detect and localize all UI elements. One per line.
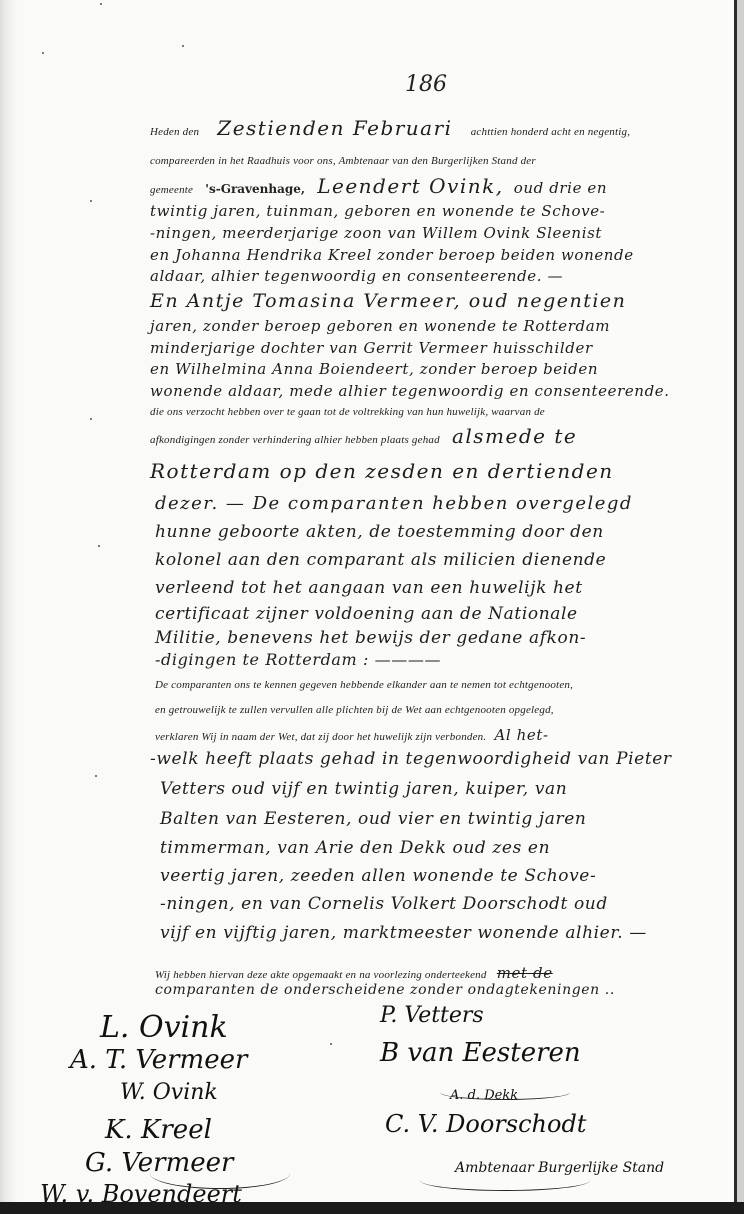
handwritten-text: alsmede te xyxy=(452,424,577,448)
printed-text: Heden den xyxy=(150,126,199,138)
record-line-20: certificaat zijner voldoening aan de Nat… xyxy=(155,606,578,622)
page-margin xyxy=(737,0,744,1214)
printed-text: compareerden in het Raadhuis voor ons, A… xyxy=(150,155,536,167)
municipality-name: 's-Gravenhage, xyxy=(205,182,305,196)
handwritten-date: Zestienden Februari xyxy=(217,116,452,140)
record-line-17: hunne geboorte akten, de toestemming doo… xyxy=(155,524,604,540)
record-line-21: Militie, benevens het bewijs der gedane … xyxy=(155,630,586,646)
record-line-19: verleend tot het aangaan van een huwelij… xyxy=(155,580,583,596)
printed-text: afkondigingen zonder verhindering alhier… xyxy=(150,434,440,446)
document-page: 186 Heden den Zestienden Februari achtti… xyxy=(0,0,734,1202)
bride-line: En Antje Tomasina Vermeer, oud negentien xyxy=(150,293,626,309)
record-line-31: -ningen, en van Cornelis Volkert Doorsch… xyxy=(160,896,608,912)
record-line-32: vijf en vijftig jaren, marktmeester wone… xyxy=(160,925,647,941)
signature-witness-2: B van Eesteren xyxy=(380,1038,581,1068)
record-line-24: en getrouwelijk te zullen vervullen alle… xyxy=(155,702,554,718)
scan-bottom-edge xyxy=(0,1202,744,1214)
record-line-33: Wij hebben hiervan deze akte opgemaakt e… xyxy=(155,965,553,983)
record-line-27: Vetters oud vijf en twintig jaren, kuipe… xyxy=(160,781,567,797)
record-line-30: veertig jaren, zeeden allen wonende te S… xyxy=(160,868,596,884)
record-line-12: wonende aldaar, mede alhier tegenwoordig… xyxy=(150,383,670,399)
handwritten-text: oud drie en xyxy=(514,179,607,197)
signature-groom-mother: K. Kreel xyxy=(105,1115,212,1145)
printed-text: verklaren Wij in naam der Wet, dat zij d… xyxy=(155,731,486,743)
signature-flourish xyxy=(150,1158,290,1189)
record-line-4: twintig jaren, tuinman, geboren en wonen… xyxy=(150,203,605,219)
signature-groom-father: W. Ovink xyxy=(120,1080,218,1105)
record-line-3: gemeente 's-Gravenhage, Leendert Ovink, … xyxy=(150,178,607,198)
printed-text: Wij hebben hiervan deze akte opgemaakt e… xyxy=(155,969,487,981)
signature-flourish xyxy=(440,1085,570,1100)
record-line-11: en Wilhelmina Anna Boiendeert, zonder be… xyxy=(150,361,598,377)
record-line-23: De comparanten ons te kennen gegeven heb… xyxy=(155,677,573,693)
record-line-14: afkondigingen zonder verhindering alhier… xyxy=(150,428,577,448)
signature-bride: A. T. Vermeer xyxy=(70,1045,247,1075)
signature-witness-1: P. Vetters xyxy=(380,1003,484,1028)
record-line-13: die ons verzocht hebben over te gaan tot… xyxy=(150,404,545,420)
record-line-2: compareerden in het Raadhuis voor ons, A… xyxy=(150,153,536,169)
record-line-22: -digingen te Rotterdam : ———— xyxy=(155,652,441,668)
record-line-29: timmerman, van Arie den Dekk oud zes en xyxy=(160,840,550,856)
printed-text: gemeente xyxy=(150,184,193,196)
signature-witness-4: C. V. Doorschodt xyxy=(385,1110,586,1138)
record-line-7: aldaar, alhier tegenwoordig en consentee… xyxy=(150,268,563,284)
record-line-25: verklaren Wij in naam der Wet, dat zij d… xyxy=(155,727,549,745)
record-line-10: minderjarige dochter van Gerrit Vermeer … xyxy=(150,340,593,356)
record-line-5: -ningen, meerderjarige zoon van Willem O… xyxy=(150,225,602,241)
record-line-26: -welk heeft plaats gehad in tegenwoordig… xyxy=(150,751,672,767)
record-line-1: Heden den Zestienden Februari achttien h… xyxy=(150,120,630,140)
record-line-28: Balten van Eesteren, oud vier en twintig… xyxy=(160,811,586,827)
signature-groom: L. Ovink xyxy=(100,1010,228,1045)
signature-flourish xyxy=(420,1170,590,1191)
record-line-9: jaren, zonder beroep geboren en wonende … xyxy=(150,318,610,334)
handwritten-text: met de xyxy=(497,964,553,982)
groom-name: Leendert Ovink, xyxy=(317,174,503,198)
record-line-16: dezer. — De comparanten hebben overgeleg… xyxy=(155,496,633,512)
page-number: 186 xyxy=(405,72,447,97)
record-line-18: kolonel aan den comparant als milicien d… xyxy=(155,552,606,568)
record-line-6: en Johanna Hendrika Kreel zonder beroep … xyxy=(150,247,634,263)
handwritten-text: Al het- xyxy=(494,726,548,744)
printed-text: achttien honderd acht en negentig, xyxy=(471,126,630,138)
record-line-34: comparanten de onderscheidene zonder ond… xyxy=(155,982,615,998)
record-line-15: Rotterdam op den zesden en dertienden xyxy=(150,463,614,479)
